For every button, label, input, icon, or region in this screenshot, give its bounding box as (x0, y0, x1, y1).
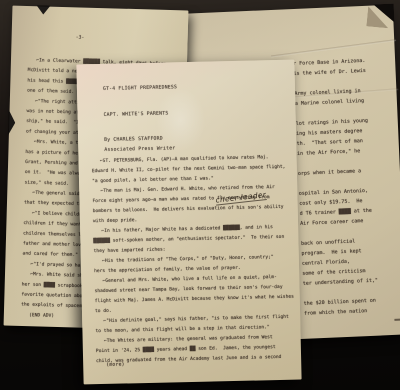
byline: By CHARLES STAFFORD (104, 136, 163, 143)
text-line: from which the nation (304, 306, 380, 319)
story-slug: GT-4 FLIGHT PREPAREDNESS (103, 84, 177, 91)
story-title: CAPT. WHITE'S PARENTS (103, 110, 168, 117)
byline-organization: Associated Press Writer (104, 145, 175, 152)
middle-page-body: ⌐ST. PETERSBURG, Fla. (AP)—A man qualifi… (91, 152, 295, 366)
middle-page: GT-4 FLIGHT PREPAREDNESS CAPT. WHITE'S P… (76, 60, 301, 385)
torn-edge-notch (8, 110, 16, 136)
pencil-dash-mark (394, 318, 400, 320)
photo-of-documents: -2- r Force Base in Arizona.is the wife … (0, 0, 400, 390)
middle-page-text-block: GT-4 FLIGHT PREPAREDNESS CAPT. WHITE'S P… (89, 59, 306, 384)
torn-edge-notch (36, 5, 50, 14)
more-marker: (more) (106, 361, 125, 367)
paper-crease (271, 39, 396, 57)
page-number: -3- (76, 34, 85, 40)
right-page-text-fragments: r Force Base in Arizona.is the wife of D… (293, 56, 380, 319)
